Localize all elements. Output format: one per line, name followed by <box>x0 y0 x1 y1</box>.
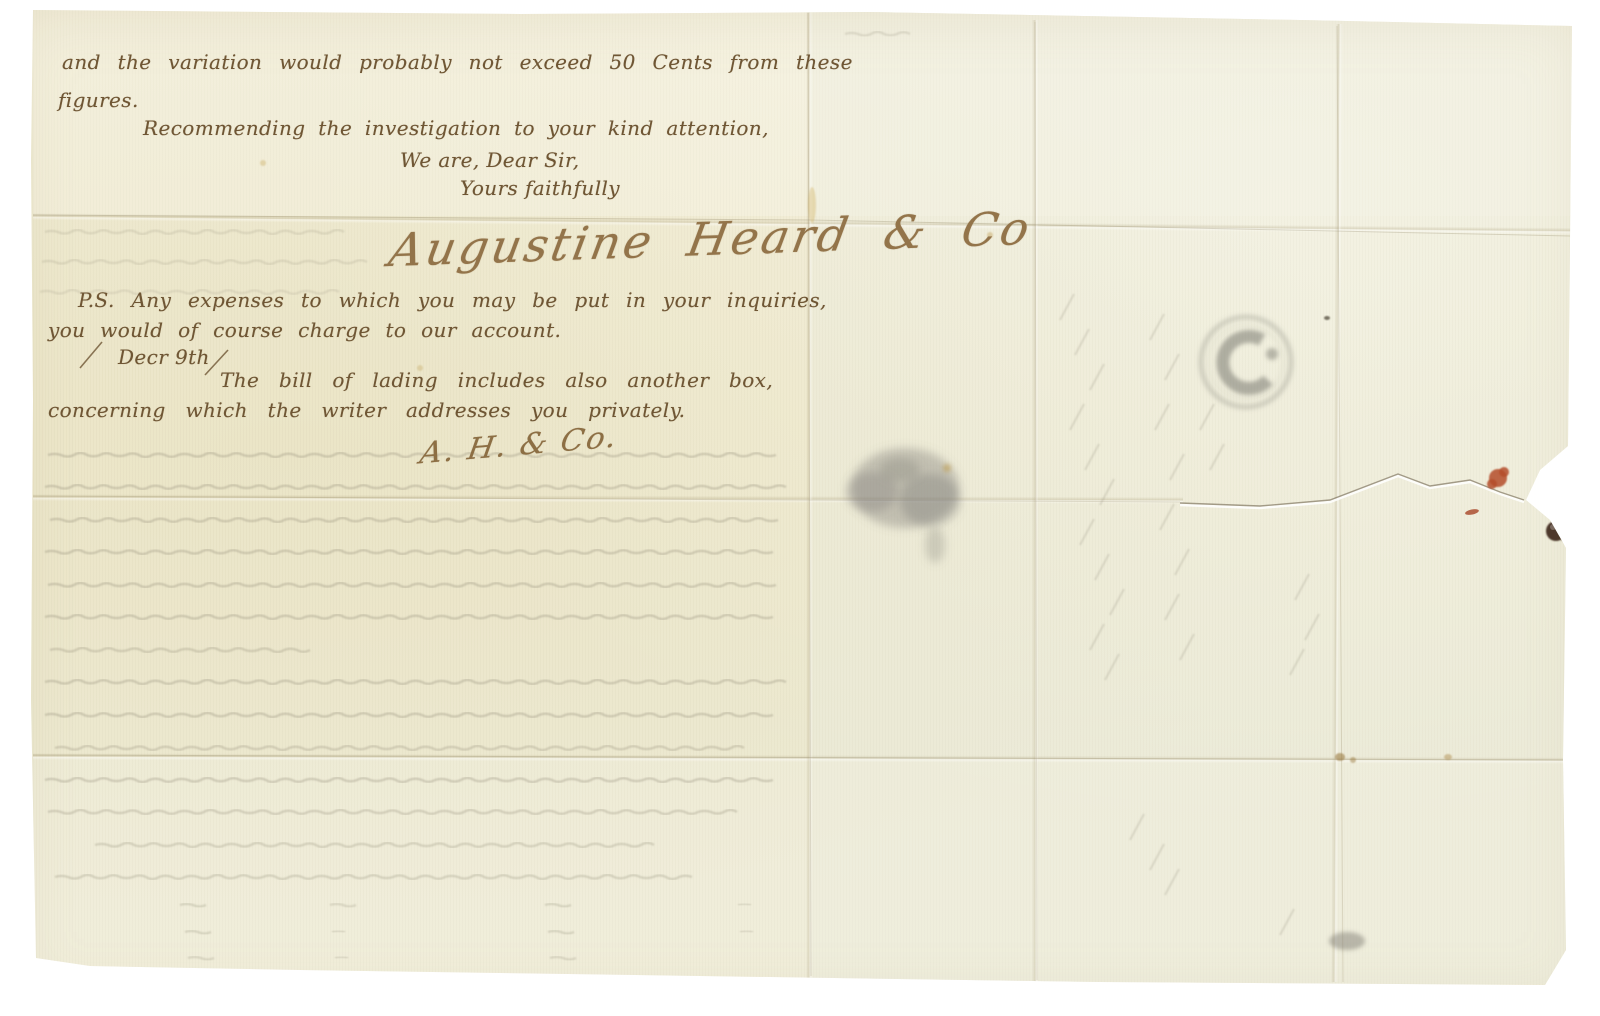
fold-panel-top <box>33 10 1572 216</box>
bleed-through-line <box>55 875 692 879</box>
bleed-through-line <box>45 713 773 717</box>
bleed-through-stroke <box>1110 589 1124 615</box>
letter-body-line-3: Recommending the investigation to your k… <box>143 116 769 140</box>
horizontal-fold-crease-3 <box>33 753 1565 764</box>
bleed-through-stroke <box>1070 404 1084 430</box>
bleed-through-stroke <box>1165 354 1179 380</box>
paper-speck <box>1324 316 1330 320</box>
letter-body-line-2: figures. <box>58 88 139 112</box>
vertical-fold-crease-3 <box>1331 24 1343 982</box>
paper-speck <box>417 365 423 371</box>
letter-body-line-1: and the variation would probably not exc… <box>62 50 853 74</box>
signature-ah-co: A. H. & Co. <box>417 420 620 472</box>
corner-smudge <box>1329 932 1365 950</box>
bleed-through-stroke <box>1150 844 1164 870</box>
bleed-through-stroke <box>1155 404 1169 430</box>
bleed-through-line <box>45 680 786 684</box>
bleed-through-stroke <box>1180 634 1194 660</box>
bleed-through-stroke <box>1100 479 1114 505</box>
date-slash-mark <box>205 350 228 375</box>
bleed-through-stroke <box>1090 624 1104 650</box>
postscript-line-3: The bill of lading includes also another… <box>220 368 773 392</box>
bleed-through-stroke <box>1175 549 1189 575</box>
bleed-through-line <box>550 957 576 960</box>
letter-valediction-2: Yours faithfully <box>460 176 620 200</box>
horizontal-fold-crease-1 <box>33 213 1572 235</box>
bleed-through-stroke <box>1210 444 1224 470</box>
bleed-through-line <box>185 931 211 934</box>
bleed-through-line <box>55 746 744 750</box>
bleed-through-line <box>330 904 356 907</box>
postal-stamp-mark <box>1223 336 1268 388</box>
bleed-through-stroke <box>1200 404 1214 430</box>
fold-panel-right <box>810 12 1572 984</box>
fold-line <box>33 215 810 220</box>
bleed-through-stroke <box>1295 574 1309 600</box>
paper-speck <box>1350 757 1356 763</box>
bleed-through-stroke <box>1170 454 1184 480</box>
bleed-through-line <box>332 931 345 932</box>
bleed-through-stroke <box>1090 364 1104 390</box>
red-wax-fragment <box>1487 479 1497 489</box>
bleed-through-line <box>845 32 910 36</box>
dark-wax-highlight <box>1550 524 1556 530</box>
horizontal-fold-crease-2 <box>33 494 1183 504</box>
seal-residue-blob <box>851 448 959 528</box>
bleed-through-stroke <box>1080 519 1094 545</box>
fold-panel-bottom <box>33 757 1565 985</box>
signature-augustine-heard-co: Augustine Heard & Co <box>385 201 1036 277</box>
red-wax-fragment <box>1499 467 1509 477</box>
bleed-through-line <box>180 904 206 907</box>
paper-speck <box>260 160 266 166</box>
bleed-through-line <box>45 230 344 234</box>
postal-stamp-inner-ring <box>1209 325 1283 399</box>
fold-line <box>1035 22 1037 980</box>
bleed-through-stroke <box>1130 814 1144 840</box>
fold-panel-midleft <box>33 216 810 757</box>
bleed-through-line <box>50 648 310 652</box>
bleed-through-line <box>45 615 773 619</box>
bleed-through-line <box>40 290 339 294</box>
red-wax-fragment <box>1489 469 1507 487</box>
seal-residue-blob <box>846 472 898 512</box>
seal-residue-blob <box>880 458 920 482</box>
scan-artifacts-layer <box>0 0 1600 1016</box>
paper-speck <box>808 187 816 223</box>
fold-line <box>1337 26 1343 982</box>
postscript-line-2: you would of course charge to our accoun… <box>48 318 561 342</box>
bleed-through-stroke <box>1095 554 1109 580</box>
bleed-through-line <box>50 518 778 522</box>
fold-line <box>810 220 1570 236</box>
vertical-fold-crease-2 <box>1032 20 1039 982</box>
fold-line <box>808 13 811 976</box>
letter-valediction-1: We are, Dear Sir, <box>400 148 580 172</box>
paper-speck <box>875 2 881 6</box>
fold-line <box>33 755 1563 760</box>
bleed-through-stroke <box>1085 444 1099 470</box>
paper-speck <box>510 2 516 6</box>
postscript-line-1: P.S. Any expenses to which you may be pu… <box>78 288 827 312</box>
bleed-through-line <box>188 957 214 960</box>
dark-wax-spot <box>1560 530 1572 542</box>
bleed-through-line <box>45 550 773 554</box>
red-wax-dash <box>1465 508 1480 516</box>
bleed-through-stroke <box>1075 329 1089 355</box>
bleed-through-line <box>548 931 574 934</box>
bleed-through-stroke <box>1165 869 1179 895</box>
scanned-letter-page: and the variation would probably not exc… <box>0 0 1600 1016</box>
postal-stamp-dot <box>1266 348 1278 360</box>
paper-speck <box>987 232 993 238</box>
bleed-through-stroke <box>1290 649 1304 675</box>
bleed-through-line <box>48 453 776 457</box>
bleed-through-line <box>42 260 367 264</box>
postscript-date: Decr 9th <box>118 345 210 369</box>
paper-sheet: and the variation would probably not exc… <box>0 0 1600 1016</box>
bleed-through-line <box>48 810 737 814</box>
fold-line <box>33 496 1180 502</box>
bleed-through-stroke <box>1305 614 1319 640</box>
seal-residue-blob <box>925 527 945 563</box>
seal-residue-blob <box>900 474 960 526</box>
vertical-fold-crease-1 <box>806 12 813 978</box>
bleed-through-line <box>45 485 786 489</box>
bleed-through-stroke <box>1105 654 1119 680</box>
date-slash-mark <box>80 342 102 368</box>
bleed-through-stroke <box>1165 594 1179 620</box>
bleed-through-stroke <box>1280 909 1294 935</box>
postscript-line-4: concerning which the writer addresses yo… <box>48 398 685 422</box>
tear-crack <box>1180 474 1524 506</box>
paper-speck <box>1444 754 1452 760</box>
dark-wax-spot <box>1546 521 1566 541</box>
bleed-through-line <box>738 904 751 905</box>
tear-gap-highlight <box>1180 476 1524 508</box>
paper-speck <box>1335 753 1345 761</box>
bleed-through-line <box>335 957 348 958</box>
bleed-through-stroke <box>1150 314 1164 340</box>
seal-residue-fleck <box>943 464 951 472</box>
bleed-through-line <box>740 931 753 932</box>
bleed-through-stroke <box>1160 504 1174 530</box>
bleed-through-line <box>95 843 654 847</box>
bleed-through-line <box>45 778 773 782</box>
bleed-through-line <box>48 583 776 587</box>
bleed-through-stroke <box>1060 294 1074 320</box>
bleed-through-line <box>545 904 571 907</box>
postal-stamp-ring <box>1201 317 1291 407</box>
